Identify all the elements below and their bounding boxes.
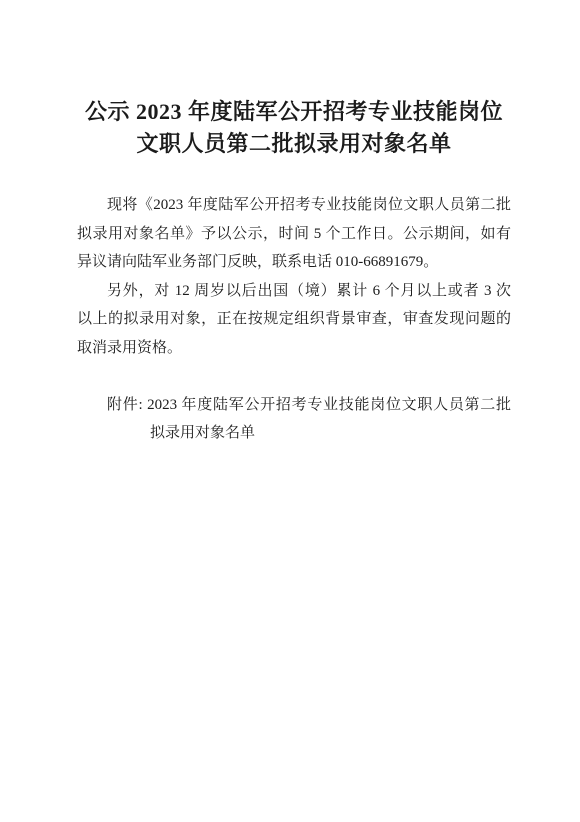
title-line-2: 文职人员第二批拟录用对象名单 (77, 128, 511, 160)
paragraph-1-line-3: 异议请向陆军业务部门反映，联系电话 010-66891679。 (77, 248, 511, 277)
paragraph-2-line-2: 以上的拟录用对象，正在按规定组织背景审查，审查发现问题的 (77, 305, 511, 334)
document-page: 公示 2023 年度陆军公开招考专业技能岗位 文职人员第二批拟录用对象名单 现将… (0, 0, 580, 822)
paragraph-1-line-1: 现将《2023 年度陆军公开招考专业技能岗位文职人员第二批 (77, 191, 511, 220)
title-line-1: 公示 2023 年度陆军公开招考专业技能岗位 (77, 96, 511, 128)
paragraph-2: 另外，对 12 周岁以后出国（境）累计 6 个月以上或者 3 次 以上的拟录用对… (77, 277, 511, 363)
attachment-line-2: 拟录用对象名单 (77, 419, 511, 448)
document-title: 公示 2023 年度陆军公开招考专业技能岗位 文职人员第二批拟录用对象名单 (77, 96, 511, 160)
attachment-line-1: 附件: 2023 年度陆军公开招考专业技能岗位文职人员第二批 (77, 391, 511, 420)
paragraph-2-line-3: 取消录用资格。 (77, 334, 511, 363)
paragraph-2-line-1: 另外，对 12 周岁以后出国（境）累计 6 个月以上或者 3 次 (77, 277, 511, 306)
document-body: 现将《2023 年度陆军公开招考专业技能岗位文职人员第二批 拟录用对象名单》予以… (77, 191, 511, 448)
paragraph-1: 现将《2023 年度陆军公开招考专业技能岗位文职人员第二批 拟录用对象名单》予以… (77, 191, 511, 277)
paragraph-1-line-2: 拟录用对象名单》予以公示，时间 5 个工作日。公示期间，如有 (77, 220, 511, 249)
attachment-note: 附件: 2023 年度陆军公开招考专业技能岗位文职人员第二批 拟录用对象名单 (77, 391, 511, 448)
